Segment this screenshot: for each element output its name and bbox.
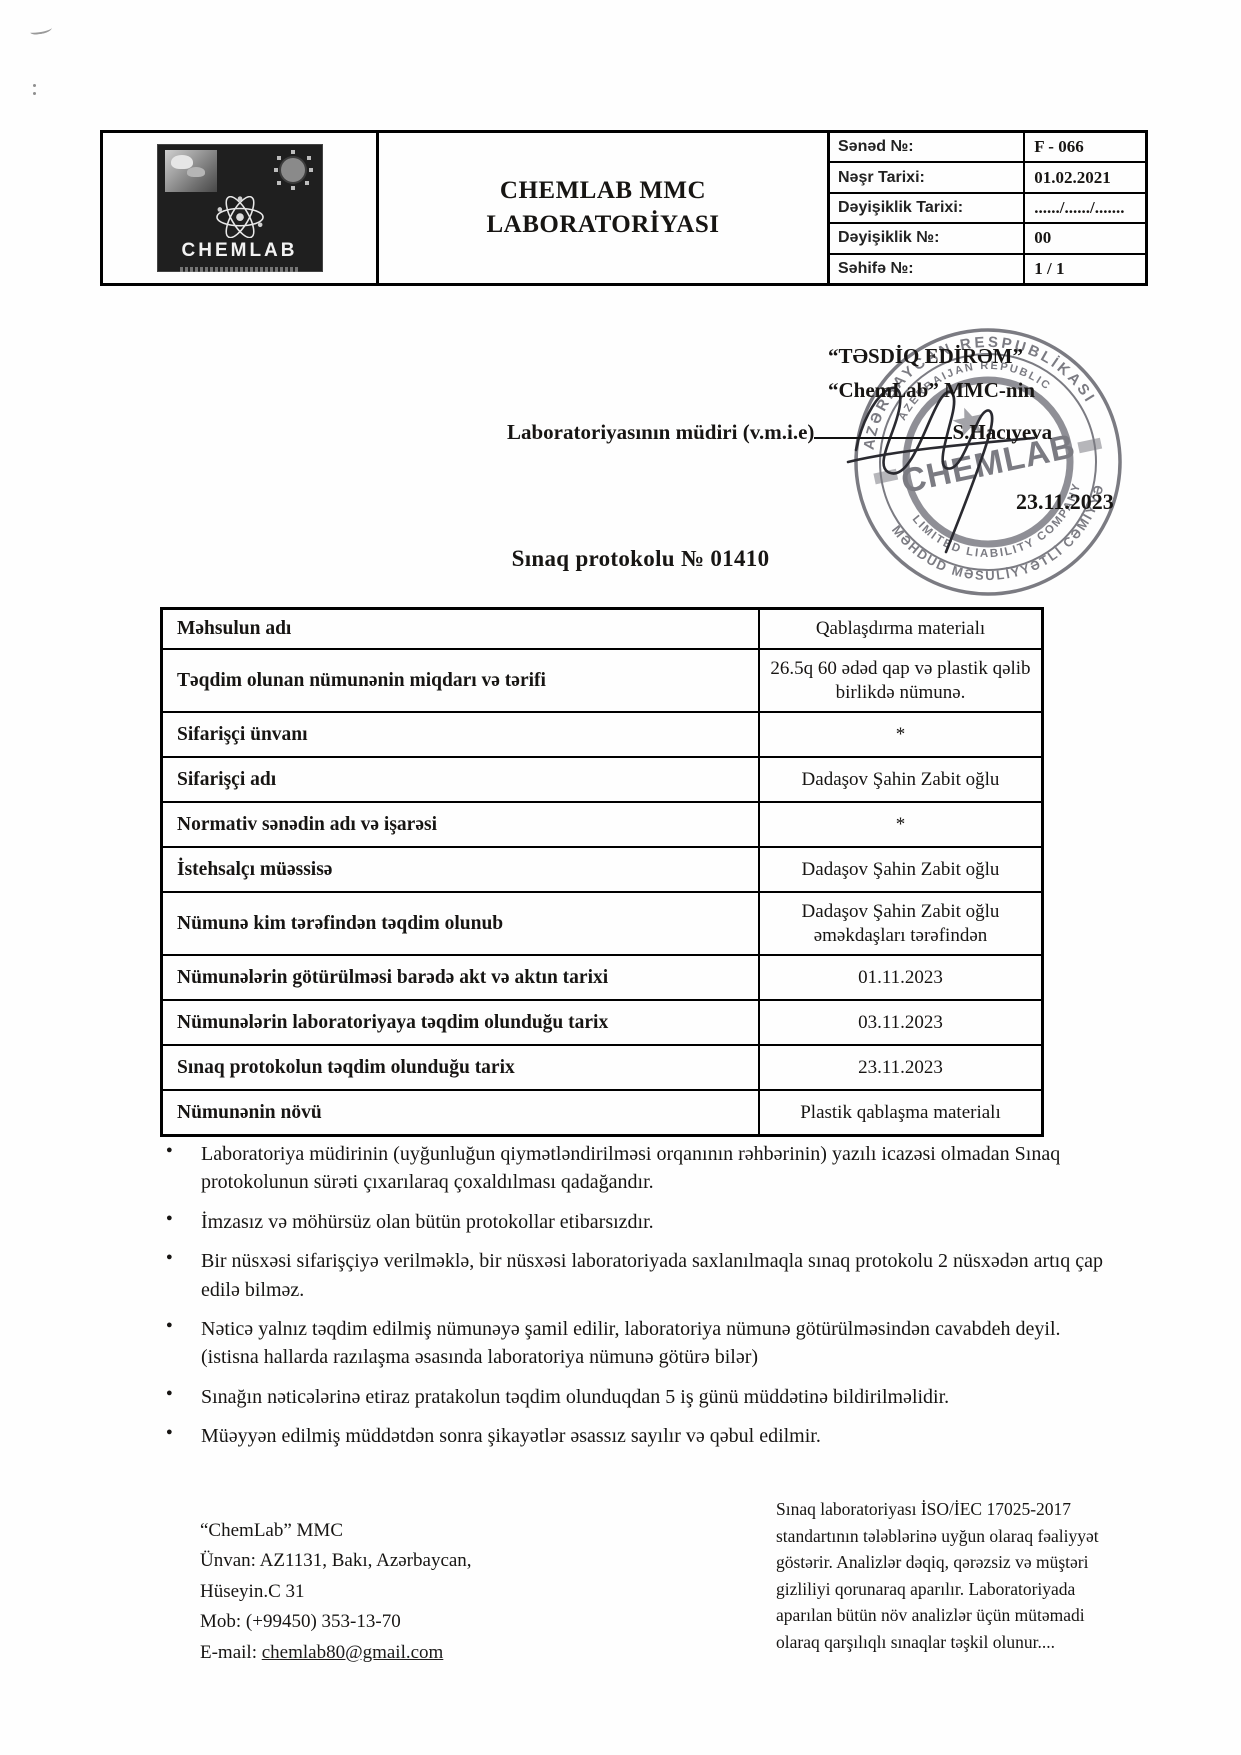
accreditation-line: gizliliyi qorunaraq aparılır. Laboratori… — [776, 1576, 1136, 1603]
row-value: Qablaşdırma materialı — [758, 610, 1041, 648]
approval-date: 23.11.2023 — [1016, 489, 1114, 515]
approval-heading: “TƏSDİQ EDİRƏM” — [828, 344, 1023, 369]
table-row: Sifarişçi ünvanı * — [163, 711, 1041, 756]
footer-address-line2: Hüseyin.C 31 — [200, 1577, 472, 1607]
footer-email-address: chemlab80@gmail.com — [262, 1642, 444, 1663]
row-value: 26.5q 60 ədəd qap və plastik qəlib birli… — [758, 650, 1041, 711]
row-value: Dadaşov Şahin Zabit oğlu — [758, 758, 1041, 801]
info-row: Dəyişiklik Tarixi: ....../....../....... — [830, 194, 1145, 224]
info-label: Səhifə №: — [830, 255, 1025, 283]
row-value: * — [758, 803, 1041, 846]
lab-accreditation-block: Sınaq laboratoriyası İSO/İEC 17025-2017 … — [776, 1496, 1136, 1656]
table-row: Normativ sənədin adı və işarəsi * — [163, 801, 1041, 846]
row-label: Məhsulun adı — [163, 610, 758, 648]
info-label: Sənəd №: — [830, 133, 1025, 161]
company-contact-block: “ChemLab” MMC Ünvan: AZ1131, Bakı, Azərb… — [200, 1516, 472, 1668]
company-title-cell: CHEMLAB MMC LABORATORİYASI — [379, 133, 830, 283]
table-row: Nümunənin növü Plastik qablaşma material… — [163, 1089, 1041, 1134]
approval-signer: S.Hacıyeva — [952, 420, 1052, 444]
row-label: Sifarişçi ünvanı — [163, 713, 758, 756]
info-row: Səhifə №: 1 / 1 — [830, 255, 1145, 283]
table-row: Sınaq protokolun təqdim olunduğu tarix 2… — [163, 1044, 1041, 1089]
info-row: Dəyişiklik №: 00 — [830, 224, 1145, 254]
info-row: Nəşr Tarixi: 01.02.2021 — [830, 163, 1145, 193]
row-label: Təqdim olunan nümunənin miqdarı və tərif… — [163, 650, 758, 711]
chemlab-logo: CHEMLAB — [157, 144, 323, 272]
sample-info-table: Məhsulun adı Qablaşdırma materialı Təqdi… — [160, 607, 1044, 1137]
company-title-line1: CHEMLAB MMC — [486, 174, 719, 208]
table-row: Təqdim olunan nümunənin miqdarı və tərif… — [163, 648, 1041, 711]
table-row: İstehsalçı müəssisə Dadaşov Şahin Zabit … — [163, 846, 1041, 891]
scan-artifact — [30, 25, 53, 36]
logo-tagline — [180, 267, 300, 272]
protocol-title: Sınaq protokolu № 01410 — [0, 546, 1241, 572]
document-header: CHEMLAB CHEMLAB MMC LABORATORİYASI Sənəd… — [100, 130, 1148, 286]
row-value: Plastik qablaşma materialı — [758, 1091, 1041, 1134]
row-label: Nümunələrin götürülməsi barədə akt və ak… — [163, 956, 758, 999]
table-row: Nümunələrin laboratoriyaya təqdim olundu… — [163, 999, 1041, 1044]
row-value: 01.11.2023 — [758, 956, 1041, 999]
scan-artifact — [33, 84, 36, 87]
logo-wordmark: CHEMLAB — [182, 240, 298, 262]
row-value: 03.11.2023 — [758, 1001, 1041, 1044]
info-value: 00 — [1025, 224, 1145, 252]
accreditation-line: olaraq qarşılıqlı sınaqlar təşkil olunur… — [776, 1629, 1136, 1656]
note-item: Nəticə yalnız təqdim edilmiş nümunəyə şa… — [160, 1315, 1108, 1372]
footer-email-line: E-mail: chemlab80@gmail.com — [200, 1638, 472, 1668]
company-title-line2: LABORATORİYASI — [486, 208, 719, 242]
protocol-notes-list: Laboratoriya müdirinin (uyğunluğun qiymə… — [160, 1140, 1108, 1462]
accreditation-line: Sınaq laboratoriyası İSO/İEC 17025-2017 — [776, 1496, 1136, 1523]
footer-company-name: “ChemLab” MMC — [200, 1516, 472, 1546]
row-value: Dadaşov Şahin Zabit oğlu — [758, 848, 1041, 891]
note-item: İmzasız və möhürsüz olan bütün protokoll… — [160, 1208, 1108, 1236]
row-label: Nümunə kim tərəfindən təqdim olunub — [163, 893, 758, 954]
info-value: 1 / 1 — [1025, 255, 1145, 283]
row-label: Sifarişçi adı — [163, 758, 758, 801]
atom-icon — [211, 196, 269, 238]
info-label: Dəyişiklik №: — [830, 224, 1025, 252]
logo-cell: CHEMLAB — [103, 133, 379, 283]
note-item: Müəyyən edilmiş müddətdən sonra şikayətl… — [160, 1422, 1108, 1450]
row-label: Nümunələrin laboratoriyaya təqdim olundu… — [163, 1001, 758, 1044]
accreditation-line: göstərir. Analizlər dəqiq, qərəzsiz və m… — [776, 1549, 1136, 1576]
accreditation-line: aparılan bütün növ analizlər üçün mütəma… — [776, 1602, 1136, 1629]
clock-icon — [273, 150, 313, 190]
info-row: Sənəd №: F - 066 — [830, 133, 1145, 163]
approval-company: “ChemLab” MMC-nin — [828, 378, 1035, 403]
lab-photo-icon — [165, 150, 217, 192]
footer-address-line1: Ünvan: AZ1131, Bakı, Azərbaycan, — [200, 1546, 472, 1576]
footer-email-label: E-mail: — [200, 1642, 262, 1663]
row-label: Nümunənin növü — [163, 1091, 758, 1134]
note-item: Bir nüsxəsi sifarişçiyə verilməklə, bir … — [160, 1247, 1108, 1304]
company-title: CHEMLAB MMC LABORATORİYASI — [486, 174, 719, 242]
table-row: Sifarişçi adı Dadaşov Şahin Zabit oğlu — [163, 756, 1041, 801]
info-value: ....../....../....... — [1025, 194, 1145, 222]
table-row: Nümunələrin götürülməsi barədə akt və ak… — [163, 954, 1041, 999]
row-value: Dadaşov Şahin Zabit oğlu əməkdaşları tər… — [758, 893, 1041, 954]
signature-line — [814, 437, 952, 439]
info-value: 01.02.2021 — [1025, 163, 1145, 191]
approval-role-text: Laboratoriyasının müdiri (v.m.i.e) — [507, 420, 814, 444]
scanned-protocol-page: CHEMLAB CHEMLAB MMC LABORATORİYASI Sənəd… — [0, 0, 1241, 1755]
row-label: Sınaq protokolun təqdim olunduğu tarix — [163, 1046, 758, 1089]
row-value: 23.11.2023 — [758, 1046, 1041, 1089]
row-label: İstehsalçı müəssisə — [163, 848, 758, 891]
info-label: Nəşr Tarixi: — [830, 163, 1025, 191]
table-row: Nümunə kim tərəfindən təqdim olunub Dada… — [163, 891, 1041, 954]
info-label: Dəyişiklik Tarixi: — [830, 194, 1025, 222]
document-info-table: Sənəd №: F - 066 Nəşr Tarixi: 01.02.2021… — [830, 133, 1145, 283]
row-label: Normativ sənədin adı və işarəsi — [163, 803, 758, 846]
table-row: Məhsulun adı Qablaşdırma materialı — [163, 610, 1041, 648]
footer-mobile: Mob: (+99450) 353-13-70 — [200, 1607, 472, 1637]
approval-role-line: Laboratoriyasının müdiri (v.m.i.e)S.Hacı… — [507, 420, 1052, 445]
accreditation-line: standartının tələblərinə uyğun olaraq fə… — [776, 1523, 1136, 1550]
note-item: Sınağın nəticələrinə etiraz pratakolun t… — [160, 1383, 1108, 1411]
info-value: F - 066 — [1025, 133, 1145, 161]
row-value: * — [758, 713, 1041, 756]
note-item: Laboratoriya müdirinin (uyğunluğun qiymə… — [160, 1140, 1108, 1197]
